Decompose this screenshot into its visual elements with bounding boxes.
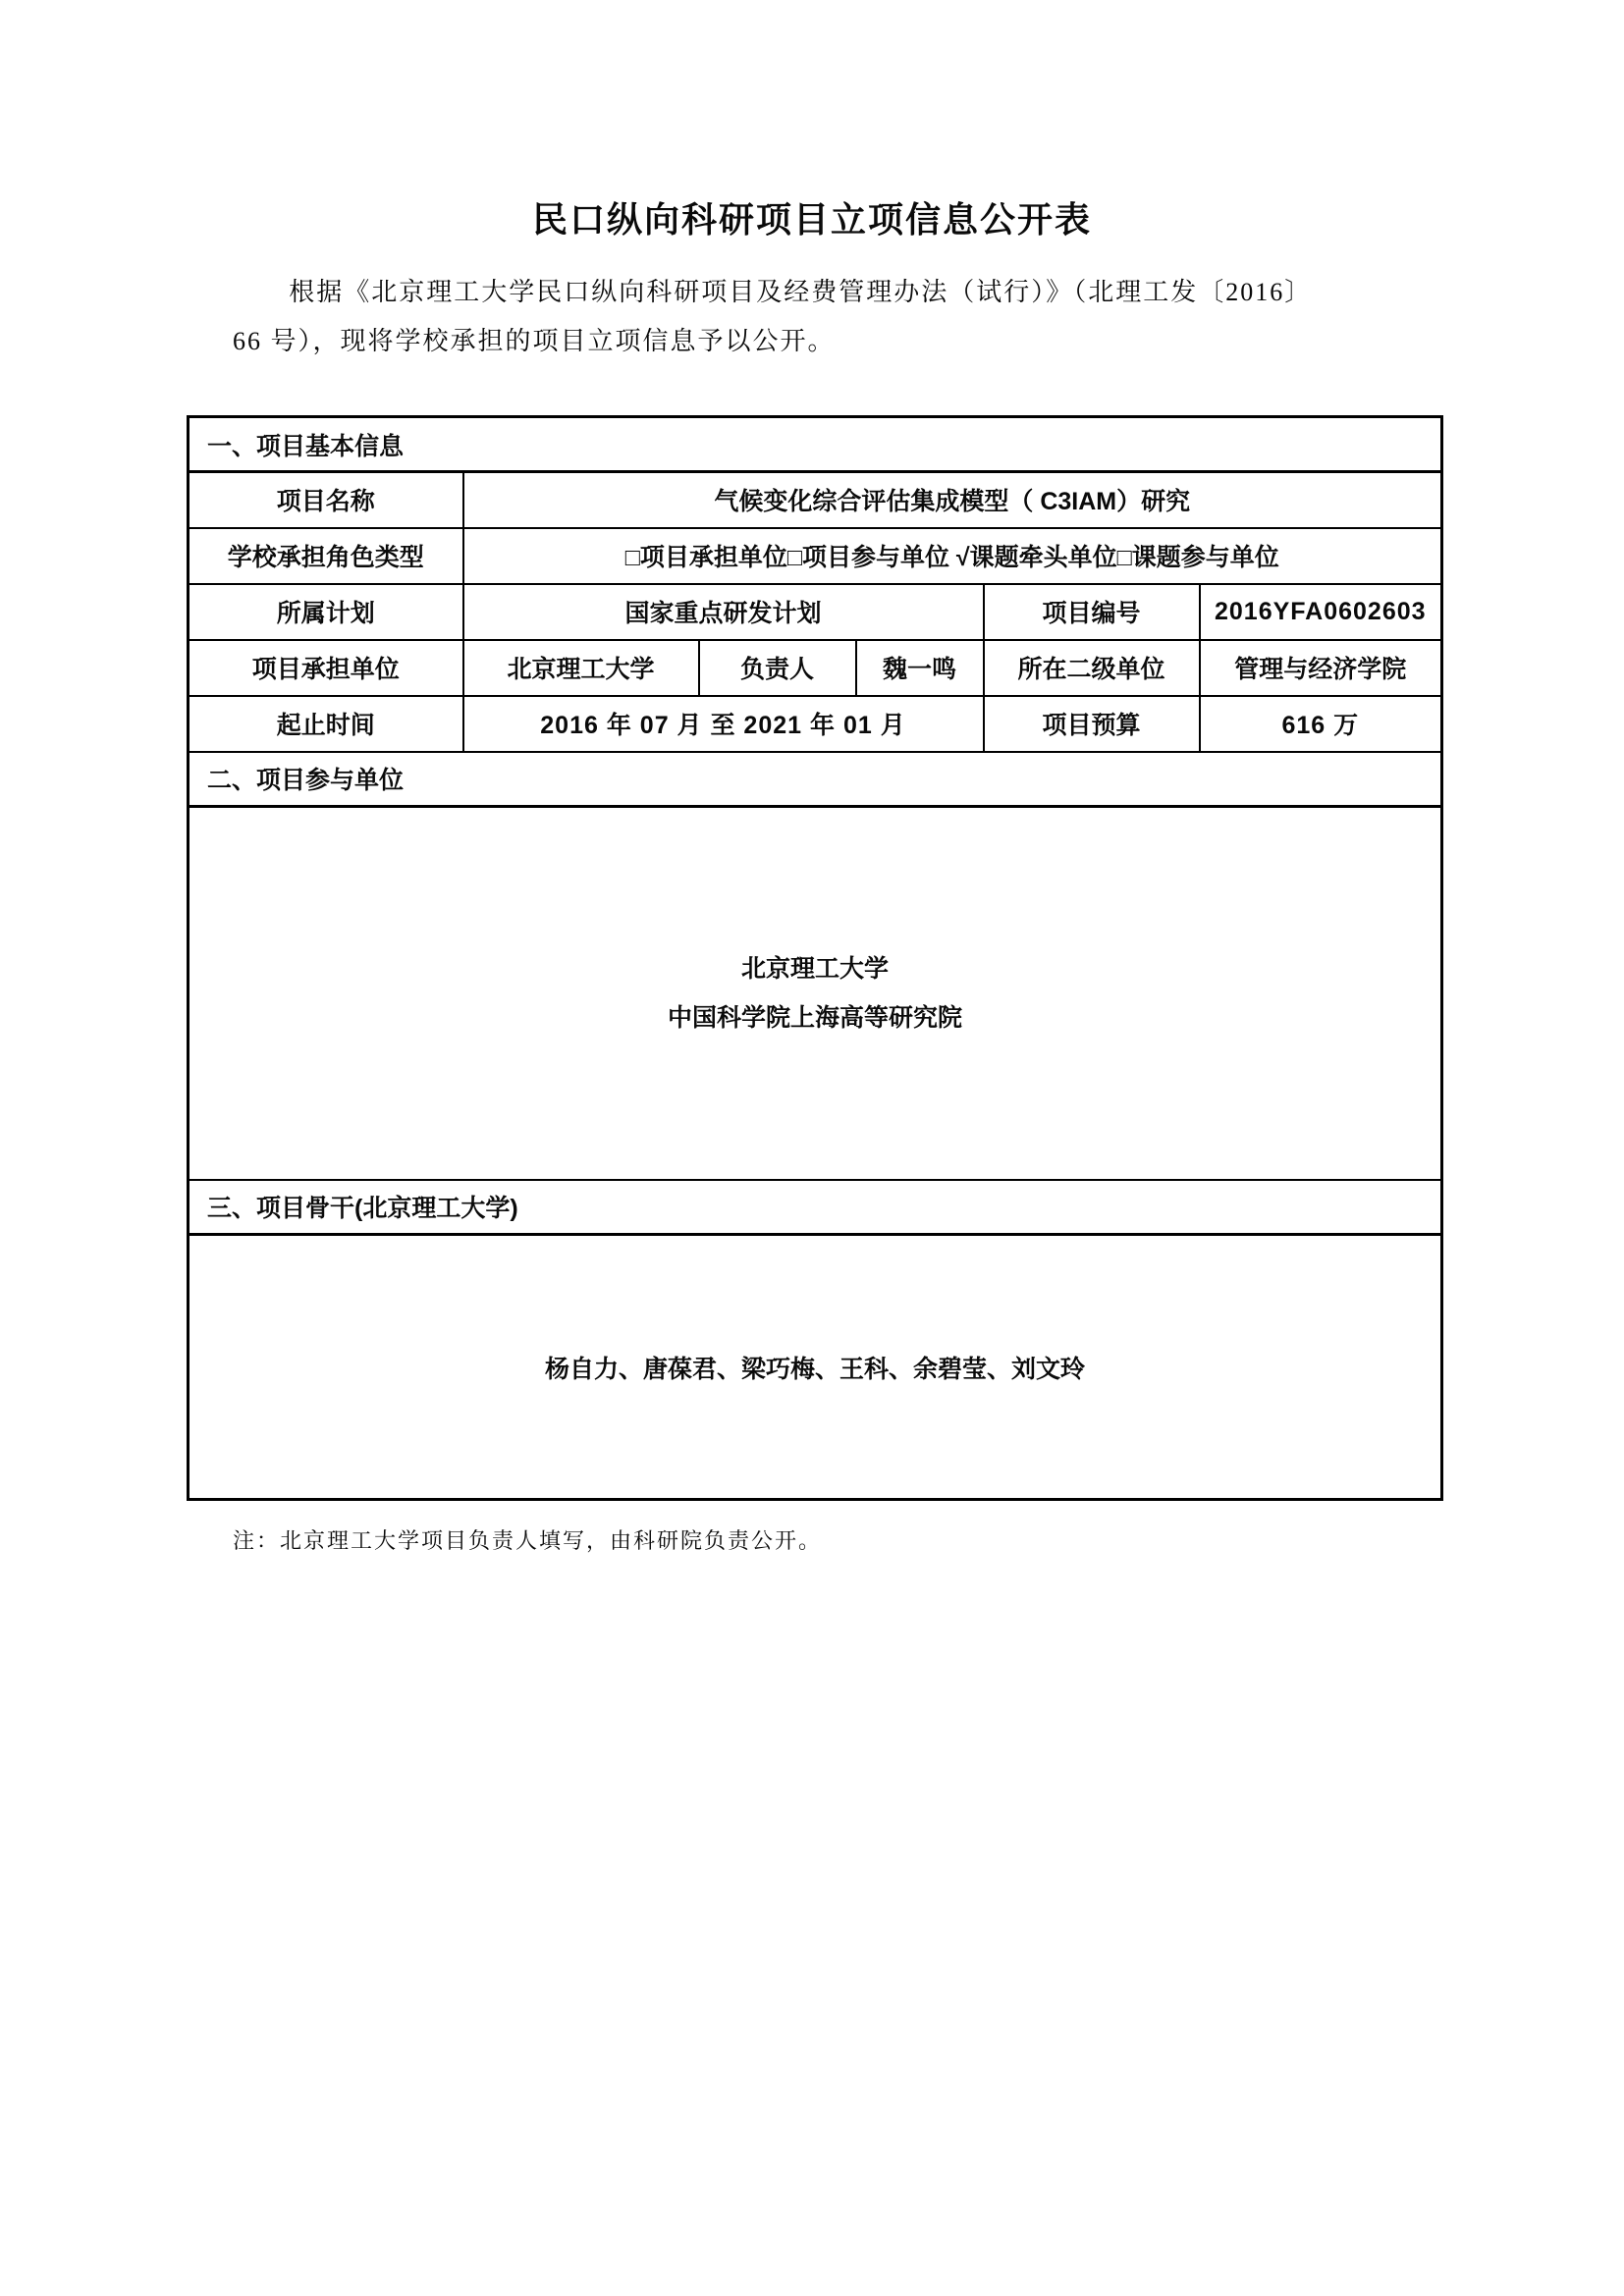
table-row: 北京理工大学 中国科学院上海高等研究院 <box>189 807 1442 1180</box>
table-row: 杨自力、唐葆君、梁巧梅、王科、余碧莹、刘文玲 <box>189 1235 1442 1500</box>
role-type-label: 学校承担角色类型 <box>189 528 463 584</box>
backbone-members-cell: 杨自力、唐葆君、梁巧梅、王科、余碧莹、刘文玲 <box>189 1235 1442 1500</box>
project-no-label: 项目编号 <box>984 584 1200 640</box>
undertaker-label: 项目承担单位 <box>189 640 463 696</box>
intro-paragraph: 根据《北京理工大学民口纵向科研项目及经费管理办法（试行）》（北理工发〔2016〕… <box>233 268 1318 366</box>
document-title: 民口纵向科研项目立项信息公开表 <box>0 192 1624 242</box>
table-row: 起止时间 2016 年 07 月 至 2021 年 01 月 项目预算 616 … <box>189 696 1442 752</box>
table-row: 二、项目参与单位 <box>189 752 1442 807</box>
undertaker-value: 北京理工大学 <box>463 640 699 696</box>
duration-value: 2016 年 07 月 至 2021 年 01 月 <box>463 696 984 752</box>
document-page: 民口纵向科研项目立项信息公开表 根据《北京理工大学民口纵向科研项目及经费管理办法… <box>0 0 1624 2296</box>
secondary-unit-label: 所在二级单位 <box>984 640 1200 696</box>
leader-value: 魏一鸣 <box>856 640 984 696</box>
plan-value: 国家重点研发计划 <box>463 584 984 640</box>
project-info-table: 一、项目基本信息 项目名称 气候变化综合评估集成模型（ C3IAM）研究 学校承… <box>187 415 1443 1501</box>
participating-unit: 中国科学院上海高等研究院 <box>195 993 1435 1042</box>
section3-heading: 三、项目骨干(北京理工大学) <box>189 1180 1442 1235</box>
table-row: 三、项目骨干(北京理工大学) <box>189 1180 1442 1235</box>
table-row: 项目承担单位 北京理工大学 负责人 魏一鸣 所在二级单位 管理与经济学院 <box>189 640 1442 696</box>
project-no-value: 2016YFA0602603 <box>1200 584 1442 640</box>
table-row: 一、项目基本信息 <box>189 417 1442 472</box>
secondary-unit-value: 管理与经济学院 <box>1200 640 1442 696</box>
duration-label: 起止时间 <box>189 696 463 752</box>
budget-label: 项目预算 <box>984 696 1200 752</box>
footnote: 注：北京理工大学项目负责人填写，由科研院负责公开。 <box>233 1524 1624 1555</box>
table-row: 项目名称 气候变化综合评估集成模型（ C3IAM）研究 <box>189 472 1442 528</box>
table-row: 所属计划 国家重点研发计划 项目编号 2016YFA0602603 <box>189 584 1442 640</box>
plan-label: 所属计划 <box>189 584 463 640</box>
role-type-value: □项目承担单位□项目参与单位 √课题牵头单位□课题参与单位 <box>463 528 1442 584</box>
budget-value: 616 万 <box>1200 696 1442 752</box>
project-name-label: 项目名称 <box>189 472 463 528</box>
participating-units-cell: 北京理工大学 中国科学院上海高等研究院 <box>189 807 1442 1180</box>
table-row: 学校承担角色类型 □项目承担单位□项目参与单位 √课题牵头单位□课题参与单位 <box>189 528 1442 584</box>
section2-heading: 二、项目参与单位 <box>189 752 1442 807</box>
section1-heading: 一、项目基本信息 <box>189 417 1442 472</box>
leader-label: 负责人 <box>699 640 856 696</box>
project-name-value: 气候变化综合评估集成模型（ C3IAM）研究 <box>463 472 1442 528</box>
participating-unit: 北京理工大学 <box>195 944 1435 993</box>
